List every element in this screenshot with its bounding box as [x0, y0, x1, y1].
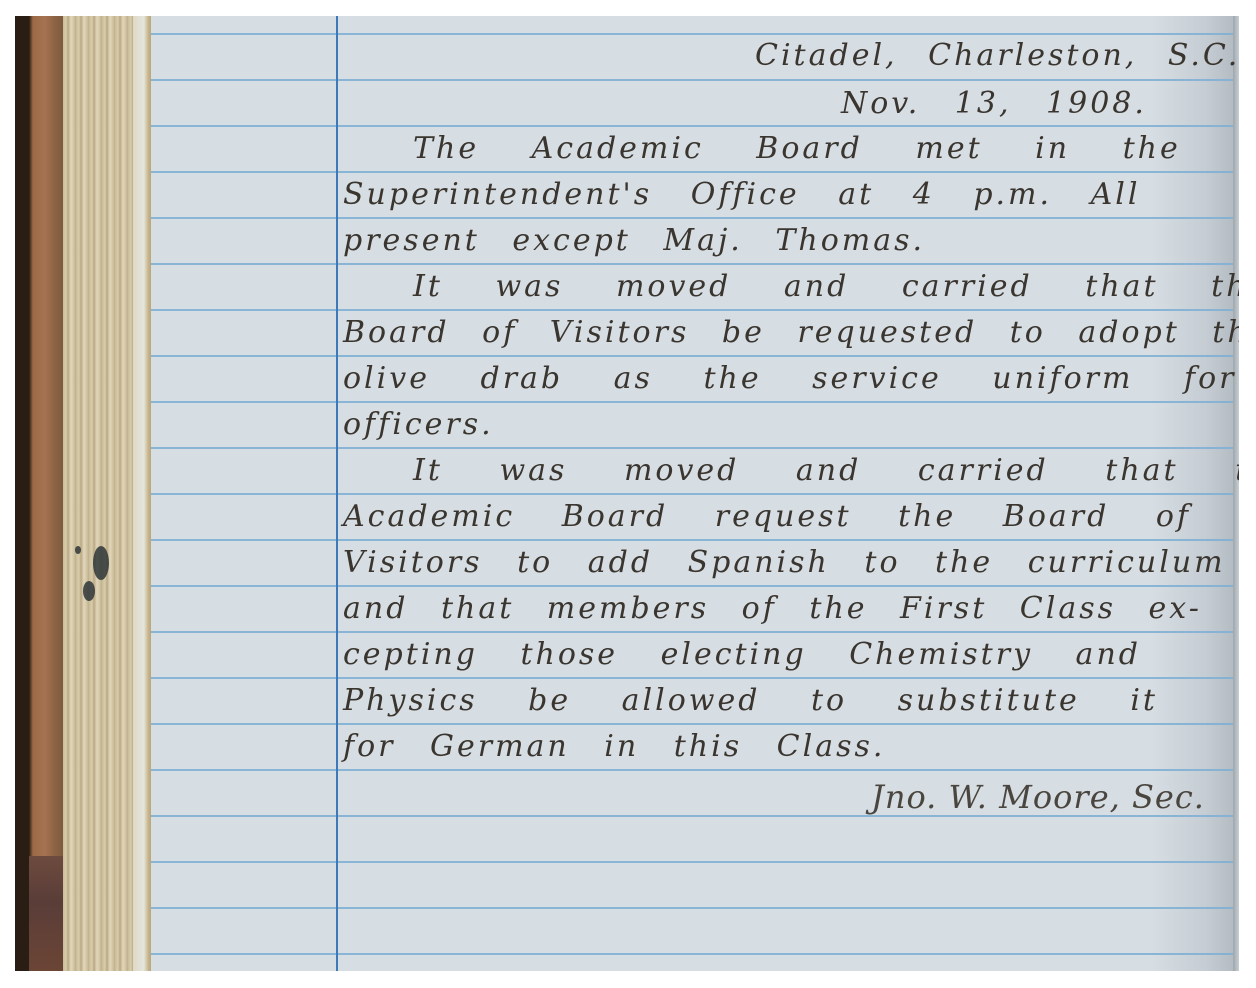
- book-binding: [15, 16, 63, 971]
- text-line: present except Maj. Thomas.: [343, 223, 925, 258]
- text-line: It was moved and carried that the: [413, 453, 1239, 488]
- ink-stain: [93, 546, 109, 580]
- page-gutter-shadow: [1233, 16, 1239, 971]
- scanned-page: Citadel, Charleston, S.C., Nov. 13, 1908…: [15, 16, 1239, 971]
- ledger-paper: Citadel, Charleston, S.C., Nov. 13, 1908…: [151, 16, 1239, 971]
- text-line: cepting those electing Chemistry and: [343, 637, 1141, 672]
- text-line: Physics be allowed to substitute it: [343, 683, 1158, 718]
- heading-date: Nov. 13, 1908.: [841, 86, 1147, 121]
- text-line: Board of Visitors be requested to adopt …: [343, 315, 1239, 350]
- text-line: officers.: [343, 407, 494, 442]
- text-line: Visitors to add Spanish to the curriculu…: [343, 545, 1226, 580]
- text-line: Superintendent's Office at 4 p.m. All: [343, 177, 1140, 212]
- text-line: The Academic Board met in the: [413, 131, 1181, 166]
- text-line: and that members of the First Class ex-: [343, 591, 1202, 626]
- text-line: olive drab as the service uniform for: [343, 361, 1237, 396]
- signature: Jno. W. Moore, Sec.: [871, 778, 1205, 816]
- margin-line: [336, 16, 338, 971]
- ink-stain: [75, 546, 81, 554]
- ink-stain: [83, 581, 95, 601]
- text-line: for German in this Class.: [343, 729, 885, 764]
- text-line: Academic Board request the Board of: [343, 499, 1191, 534]
- page-edges: [63, 16, 151, 971]
- text-line: It was moved and carried that the: [413, 269, 1239, 304]
- binding-label-patch: [29, 856, 63, 971]
- heading-place: Citadel, Charleston, S.C.,: [755, 38, 1239, 73]
